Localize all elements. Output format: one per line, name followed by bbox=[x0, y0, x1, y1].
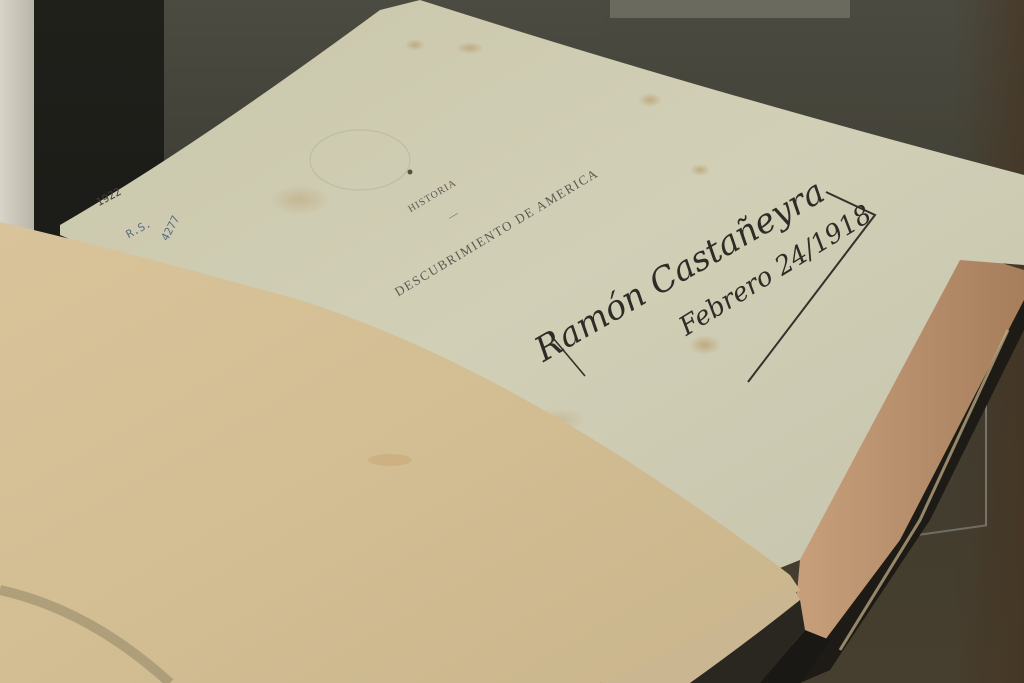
photo-scene: 1922 R.S. 4277 HISTORIA — DESCUBRIMIENTO… bbox=[0, 0, 1024, 683]
open-book bbox=[0, 0, 1024, 683]
